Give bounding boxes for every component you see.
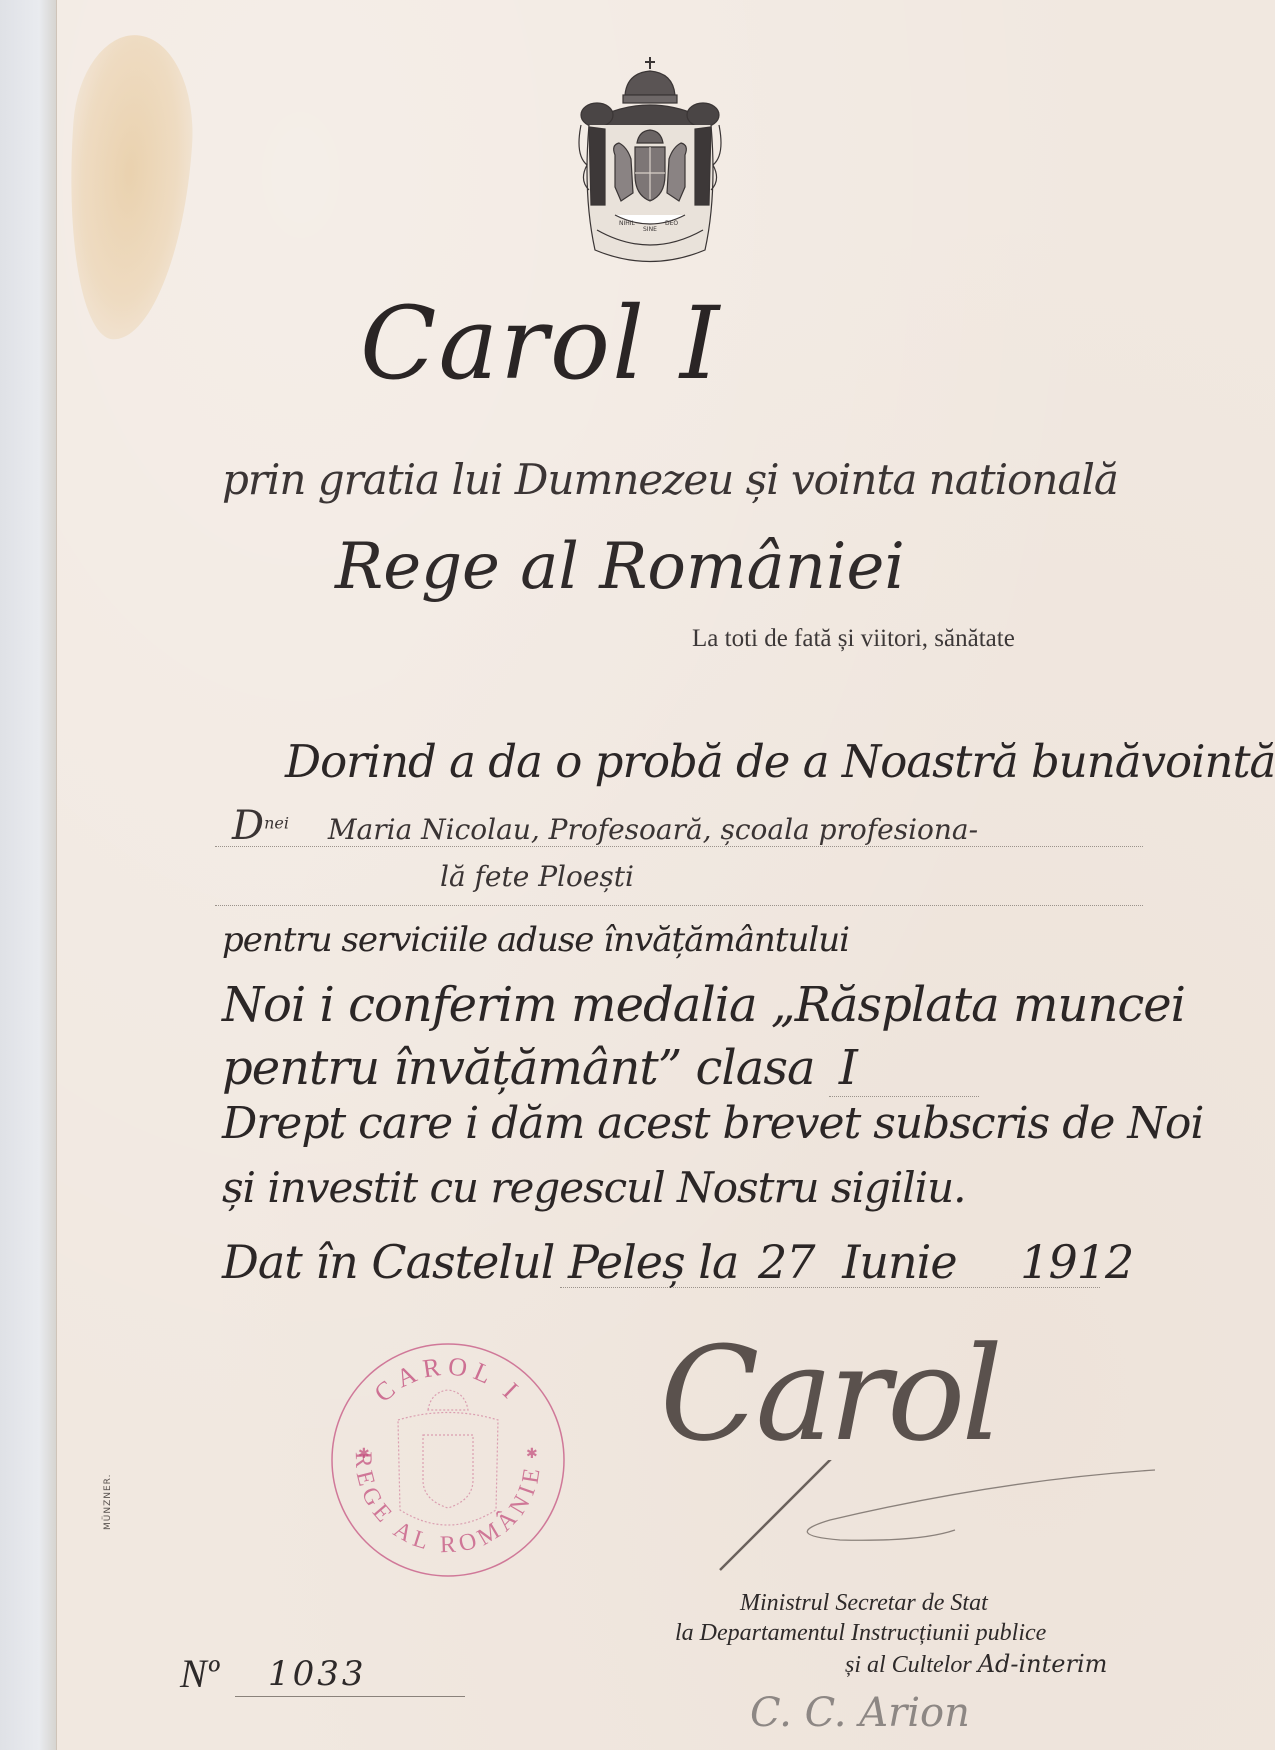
- medal-class-value: I: [829, 1040, 979, 1097]
- recipient-name-occupation: Maria Nicolau, Profesoară, școala profes…: [328, 813, 978, 846]
- minister-countersignature: C. C. Arion: [750, 1690, 970, 1736]
- ministry-title-line-1: Ministrul Secretar de Stat: [740, 1590, 988, 1617]
- date-day: 27: [758, 1235, 815, 1289]
- ministry-title-line-3: și al Cultelor Ad-interim: [845, 1650, 1107, 1679]
- svg-text:✱: ✱: [526, 1446, 538, 1462]
- svg-text:DEO: DEO: [665, 220, 678, 227]
- printer-mark: MÜNZNER.: [103, 1474, 113, 1530]
- dotted-fill-line: [215, 905, 1143, 906]
- greeting-line: La toti de fată și viitori, sănătate: [692, 625, 1015, 653]
- preamble-line: Dorind a da o probă de a Noastră bunăvoi…: [285, 735, 1275, 788]
- medal-conferral-line: Noi i conferim medalia „Răsplata muncei: [222, 977, 1185, 1033]
- ministry-title-line-2: la Departamentul Instrucțiunii publice: [675, 1620, 1046, 1647]
- number-underline: [235, 1696, 465, 1697]
- registration-number-label: Nº: [180, 1650, 219, 1697]
- merit-reason-line: pentru serviciile aduse învățământului: [222, 920, 849, 960]
- svg-text:NIHIL: NIHIL: [619, 220, 636, 227]
- date-line: Dat în Castelul Peleș la 27 Iunie 1912: [222, 1235, 1133, 1289]
- recipient-honorific: D: [232, 803, 264, 849]
- svg-text:✱: ✱: [358, 1446, 370, 1462]
- medal-class-line: pentru învățământ” clasa I: [222, 1040, 979, 1097]
- royal-coat-of-arms-icon: NIHIL SINE DEO: [575, 55, 725, 270]
- brevet-line: Drept care i dăm acest brevet subscris d…: [222, 1098, 1203, 1149]
- date-month: Iunie: [842, 1235, 956, 1289]
- date-prefix: Dat în Castelul Peleș la: [222, 1235, 752, 1289]
- recipient-line-2: lă fete Ploești: [440, 860, 634, 893]
- medal-name-end: pentru învățământ” clasa: [222, 1040, 829, 1096]
- ministry-cults: și al Cultelor: [845, 1652, 972, 1678]
- scanner-background-strip: [0, 0, 56, 1750]
- svg-text:SINE: SINE: [643, 226, 657, 233]
- recipient-honorific-suffix: nei: [264, 814, 289, 833]
- signature-flourish: [700, 1460, 1160, 1580]
- royal-style-line: prin gratia lui Dumnezeu și vointa natio…: [222, 455, 1118, 504]
- seal-line: și investit cu regescul Nostru sigiliu.: [222, 1163, 966, 1212]
- date-year: 1912: [1020, 1235, 1133, 1289]
- recipient-line-1: Dnei Maria Nicolau, Profesoară, școala p…: [232, 803, 978, 849]
- certificate-title: Carol I: [360, 285, 721, 402]
- royal-signature: Carol: [660, 1318, 999, 1470]
- royal-title-line: Rege al României: [335, 530, 905, 604]
- dotted-fill-line: [560, 1287, 1100, 1288]
- royal-seal-stamp-icon: CAROL I REGE AL ROMÂNIEI ✱ ✱: [328, 1340, 568, 1580]
- ministry-ad-interim: Ad-interim: [978, 1650, 1108, 1678]
- water-stain: [59, 31, 200, 344]
- svg-text:CAROL I: CAROL I: [369, 1351, 528, 1408]
- registration-number-value: 1033: [268, 1654, 367, 1694]
- dotted-fill-line: [215, 846, 1143, 847]
